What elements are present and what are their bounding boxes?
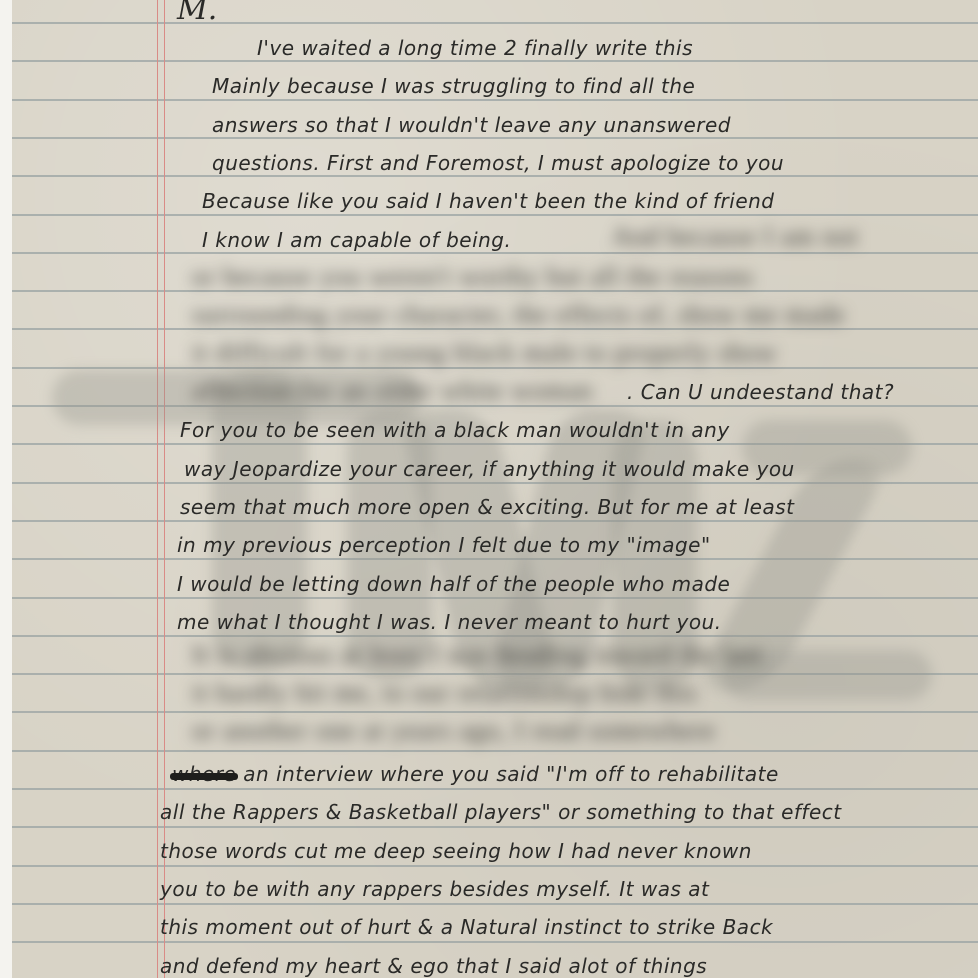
handwritten-line: answers so that I wouldn't leave any una… (212, 113, 731, 137)
redacted-text: It is obvious at least I was heading tow… (192, 640, 762, 670)
handwritten-line: this moment out of hurt & a Natural inst… (160, 915, 773, 939)
salutation: M. (177, 0, 217, 27)
handwritten-line: I know I am capable of being. (202, 228, 511, 252)
redacted-text: And because I am not (612, 222, 859, 252)
redacted-text: it difficult for a young black male to p… (192, 338, 777, 368)
handwritten-line: you to be with any rappers besides mysel… (160, 877, 709, 901)
handwritten-line: me what I thought I was. I never meant t… (177, 610, 722, 634)
handwritten-line: all the Rappers & Basketball players" or… (160, 800, 842, 824)
handwritten-line: and defend my heart & ego that I said al… (160, 954, 707, 978)
handwritten-line: those words cut me deep seeing how I had… (160, 839, 752, 863)
handwritten-line: in my previous perception I felt due to … (177, 533, 711, 557)
handwritten-line: where an interview where you said "I'm o… (172, 762, 779, 786)
redacted-text: or because you weren't worthy but all th… (192, 262, 754, 292)
handwritten-line: questions. First and Foremost, I must ap… (212, 151, 784, 175)
redacted-text: or another one at years ago, I read some… (192, 716, 716, 746)
handwritten-line: I've waited a long time 2 finally write … (257, 36, 693, 60)
redacted-text: it hardly hit me, to our relationship hi… (192, 678, 698, 708)
handwritten-line: For you to be seen with a black man woul… (180, 418, 730, 442)
line-text: an interview where you said "I'm off to … (243, 762, 779, 786)
handwritten-line: seem that much more open & exciting. But… (180, 495, 794, 519)
margin-line-right (164, 0, 165, 978)
handwritten-line: . Can U undeestand that? (627, 380, 894, 404)
handwritten-line: Mainly because I was struggling to find … (212, 74, 695, 98)
letter-page: M. I've waited a long time 2 finally wri… (12, 0, 978, 978)
handwritten-line: Because like you said I haven't been the… (202, 189, 775, 213)
struck-word: where (172, 762, 236, 786)
handwritten-line: I would be letting down half of the peop… (177, 572, 730, 596)
redacted-text: surrounding your character, the effects … (192, 300, 846, 330)
redacted-text: affection for an older white woman (192, 376, 593, 406)
handwritten-line: way Jeopardize your career, if anything … (184, 457, 795, 481)
margin-line-left (157, 0, 158, 978)
